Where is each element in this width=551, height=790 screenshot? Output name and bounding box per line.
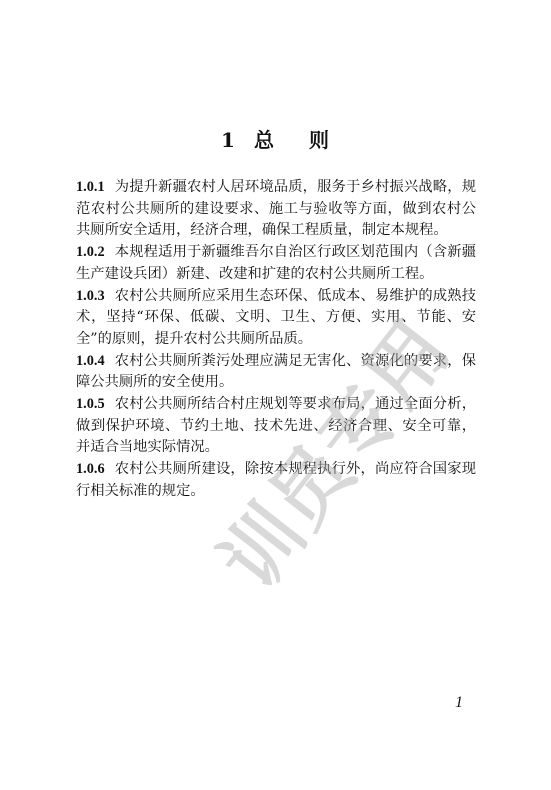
clause-number: 1.0.2 <box>76 244 105 260</box>
clause-text: 为提升新疆农村人居环境品质，服务于乡村振兴战略，规范农村公共厕所的建设要求、施工… <box>76 179 476 238</box>
clause-1-0-1: 1.0.1为提升新疆农村人居环境品质，服务于乡村振兴战略，规范农村公共厕所的建设… <box>76 177 476 242</box>
chapter-title-part2: 则 <box>309 128 330 152</box>
clause-text: 农村公共厕所应采用生态环保、低成本、易维护的成熟技术，坚持“环保、低碳、文明、卫… <box>76 288 476 347</box>
clause-number: 1.0.6 <box>76 461 105 477</box>
page-number: 1 <box>455 694 463 712</box>
clause-text: 本规程适用于新疆维吾尔自治区行政区划范围内（含新疆生产建设兵团）新建、改建和扩建… <box>76 244 476 282</box>
clause-text: 农村公共厕所粪污处理应满足无害化、资源化的要求，保障公共厕所的安全使用。 <box>76 353 476 391</box>
clause-1-0-2: 1.0.2本规程适用于新疆维吾尔自治区行政区划范围内（含新疆生产建设兵团）新建、… <box>76 242 476 285</box>
clause-number: 1.0.1 <box>76 179 105 195</box>
clause-text: 农村公共厕所建设，除按本规程执行外，尚应符合国家现行相关标准的规定。 <box>76 461 476 499</box>
clause-number: 1.0.3 <box>76 288 105 304</box>
clause-1-0-3: 1.0.3农村公共厕所应采用生态环保、低成本、易维护的成熟技术，坚持“环保、低碳… <box>76 286 476 351</box>
clause-text: 农村公共厕所结合村庄规划等要求布局，通过全面分析，做到保护环境、节约土地、技术先… <box>76 396 476 455</box>
clause-1-0-5: 1.0.5农村公共厕所结合村庄规划等要求布局，通过全面分析，做到保护环境、节约土… <box>76 394 476 459</box>
chapter-title: 1总则 <box>0 124 551 153</box>
chapter-body: 1.0.1为提升新疆农村人居环境品质，服务于乡村振兴战略，规范农村公共厕所的建设… <box>76 177 476 503</box>
clause-number: 1.0.5 <box>76 396 105 412</box>
clause-number: 1.0.4 <box>76 353 105 369</box>
chapter-title-part1: 总 <box>254 128 275 152</box>
chapter-number: 1 <box>221 128 236 152</box>
clause-1-0-6: 1.0.6农村公共厕所建设，除按本规程执行外，尚应符合国家现行相关标准的规定。 <box>76 459 476 502</box>
clause-1-0-4: 1.0.4农村公共厕所粪污处理应满足无害化、资源化的要求，保障公共厕所的安全使用… <box>76 351 476 394</box>
